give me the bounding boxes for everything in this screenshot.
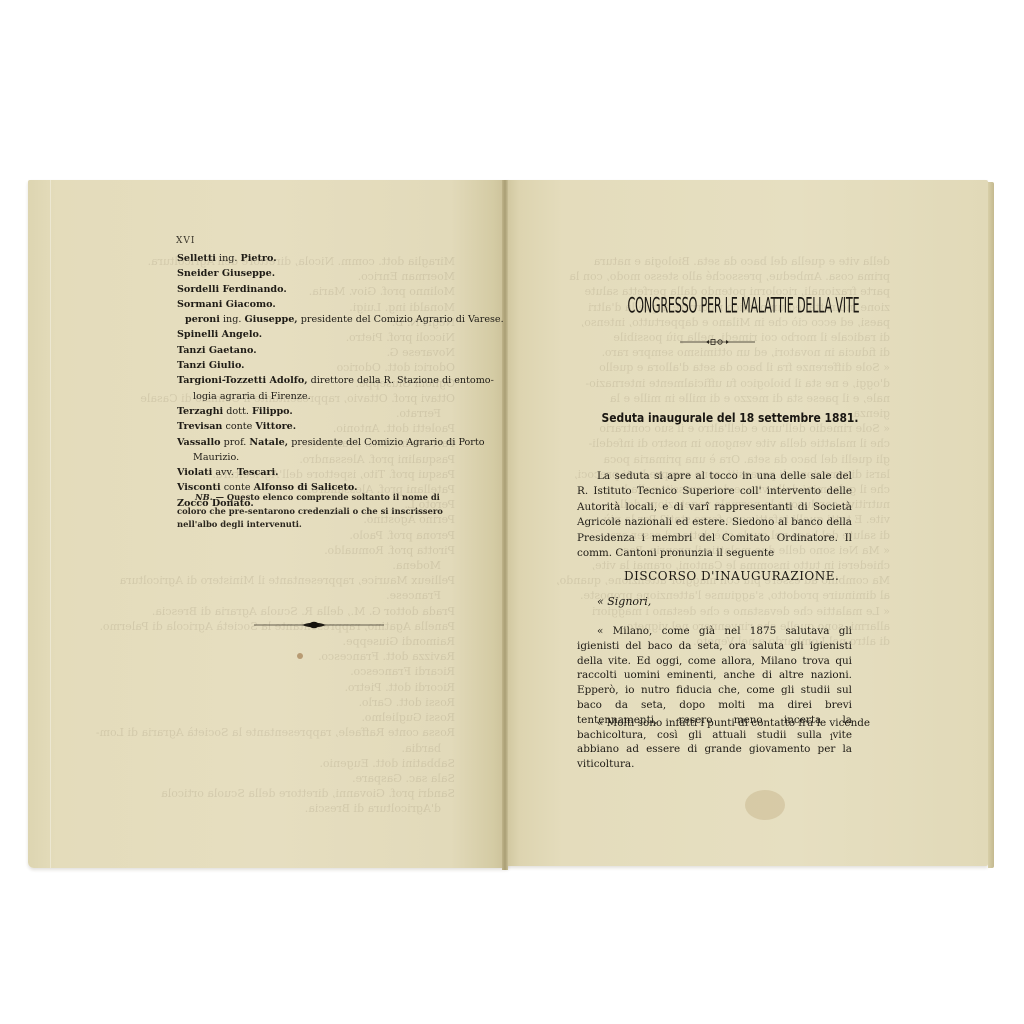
book-gutter: [502, 180, 508, 870]
list-item: Sordelli Ferdinando.: [177, 282, 467, 297]
page-stack-edge: [988, 182, 994, 868]
congress-title: CONGRESSO PER LE MALATTIE DELLA VITE: [628, 292, 823, 318]
list-item: Targioni-Tozzetti Adolfo, direttore dell…: [177, 373, 467, 404]
page-edge-crease: [50, 180, 51, 868]
speech-title: DISCORSO D'INAUGURAZIONE.: [624, 569, 839, 583]
speech-salutation: « Signori,: [597, 595, 651, 608]
speech-paragraph: « Milano, come già nel 1875 salutava gli…: [577, 624, 852, 772]
session-title: Seduta inaugurale del 18 settembre 1881.: [592, 410, 867, 425]
participant-list: Selletti ing. Pietro. Sneider Giuseppe. …: [177, 251, 467, 511]
list-item: Tanzi Giulio.: [177, 358, 467, 373]
list-item: Tanzi Gaetano.: [177, 343, 467, 358]
paper-stain: [745, 790, 785, 820]
open-book: Miraglia dott. comm. Nicola, direttore d…: [0, 0, 1024, 1024]
nb-footnote: NB. — Questo elenco comprende soltanto i…: [177, 491, 467, 532]
list-item: Terzaghi dott. Filippo.: [177, 404, 467, 419]
intro-paragraph: La seduta si apre al tocco in una delle …: [577, 469, 852, 561]
list-item: Spinelli Angelo.: [177, 327, 467, 342]
list-item: peroni ing. Giuseppe, presidente del Com…: [177, 312, 467, 327]
list-item: Trevisan conte Vittore.: [177, 419, 467, 434]
page-number-right: 1: [829, 733, 834, 742]
paper-stain: [297, 653, 303, 659]
list-item: Vassallo prof. Natale, presidente del Co…: [177, 435, 467, 466]
ornamental-rule-icon: [680, 337, 755, 347]
page-number-left: XVI: [176, 236, 195, 246]
list-item: Sneider Giuseppe.: [177, 266, 467, 281]
list-item: Violati avv. Tescari.: [177, 465, 467, 480]
ornamental-divider-icon: [254, 619, 384, 631]
list-item: Sormani Giacomo.: [177, 297, 467, 312]
list-item: Selletti ing. Pietro.: [177, 251, 467, 266]
speech-paragraph: « Molti sono infatti i punti di contatto…: [577, 716, 852, 731]
